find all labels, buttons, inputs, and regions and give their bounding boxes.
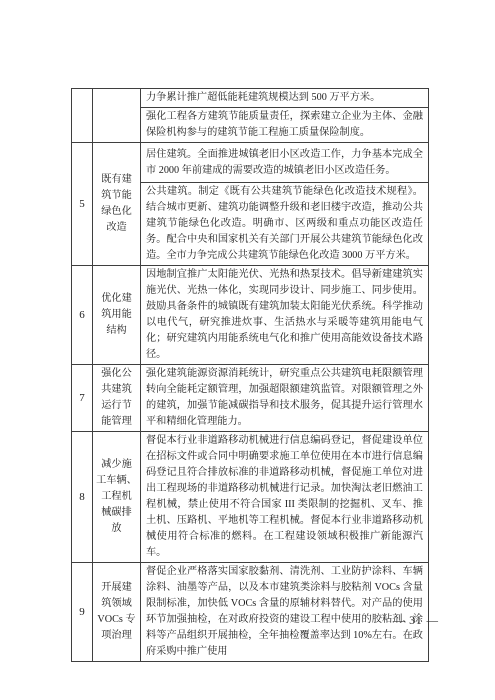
- table-row: 6优化建 筑用能 结构因地制宜推广太阳能光伏、光热和热泵技术。倡导新建建筑实施光…: [72, 266, 429, 365]
- row-content: 强化建筑能源资源消耗统计，研究重点公共建筑电耗限额管理转向全能耗定额管理，加强超…: [141, 365, 429, 432]
- table-row: 力争累计推广超低能耗建筑规模达到 500 万平方米。: [72, 89, 429, 108]
- row-content: 因地制宜推广太阳能光伏、光热和热泵技术。倡导新建建筑实施光伏、光热一体化，实现同…: [141, 266, 429, 365]
- row-content: 强化工程各方建筑节能质量责任，探索建立企业为主体、金融保险机构参与的建筑节能工程…: [141, 108, 429, 143]
- row-number: [72, 89, 93, 143]
- row-content: 督促企业严格落实国家胶黏剂、清洗剂、工业防护涂料、车辆涂料、油墨等产品，以及本市…: [141, 563, 429, 662]
- table-row: 9开展建 筑领域 VOCs 专 项治理督促企业严格落实国家胶黏剂、清洗剂、工业防…: [72, 563, 429, 662]
- row-category: 既有建 筑节能 绿色化 改造: [93, 143, 141, 266]
- row-number: 7: [72, 365, 93, 432]
- row-number: 9: [72, 563, 93, 662]
- row-category: [93, 89, 141, 143]
- table-row: 7强化公 共建筑 运行节 能管理强化建筑能源资源消耗统计，研究重点公共建筑电耗限…: [72, 365, 429, 432]
- page-number: — 31 —: [393, 615, 439, 627]
- row-content: 督促本行业非道路移动机械进行信息编码登记，督促建设单位在招标文件或合同中明确要求…: [141, 432, 429, 563]
- row-category: 减少施 工车辆、 工程机 械碳排 放: [93, 432, 141, 563]
- table-row: 8减少施 工车辆、 工程机 械碳排 放督促本行业非道路移动机械进行信息编码登记，…: [72, 432, 429, 563]
- row-content: 公共建筑。制定《既有公共建筑节能绿色化改造技术规程》。结合城市更新、建筑功能调整…: [141, 183, 429, 266]
- table-row: 5既有建 筑节能 绿色化 改造居住建筑。全面推进城镇老旧小区改造工作，力争基本完…: [72, 143, 429, 183]
- policy-table-body: 力争累计推广超低能耗建筑规模达到 500 万平方米。强化工程各方建筑节能质量责任…: [72, 89, 429, 662]
- row-category: 优化建 筑用能 结构: [93, 266, 141, 365]
- row-category: 强化公 共建筑 运行节 能管理: [93, 365, 141, 432]
- row-number: 8: [72, 432, 93, 563]
- row-content: 力争累计推广超低能耗建筑规模达到 500 万平方米。: [141, 89, 429, 108]
- row-content: 居住建筑。全面推进城镇老旧小区改造工作，力争基本完成全市 2000 年前建成的需…: [141, 143, 429, 183]
- row-number: 6: [72, 266, 93, 365]
- row-number: 5: [72, 143, 93, 266]
- row-category: 开展建 筑领域 VOCs 专 项治理: [93, 563, 141, 662]
- policy-table: 力争累计推广超低能耗建筑规模达到 500 万平方米。强化工程各方建筑节能质量责任…: [71, 88, 429, 662]
- document-page: 力争累计推广超低能耗建筑规模达到 500 万平方米。强化工程各方建筑节能质量责任…: [0, 0, 495, 700]
